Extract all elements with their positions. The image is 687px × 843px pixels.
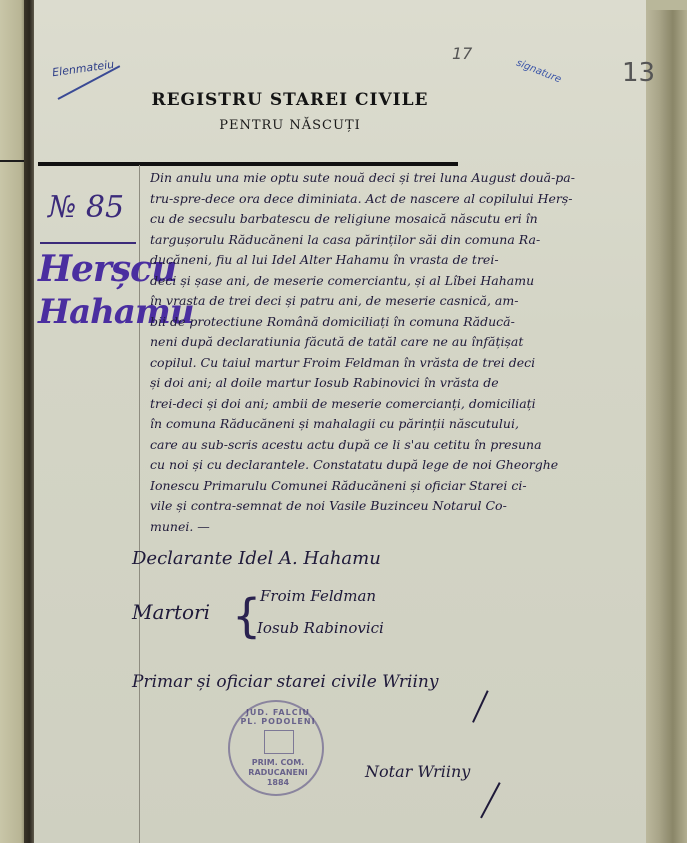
record-line: trei-deci și doi ani; ambii de meserie c… — [150, 394, 660, 415]
mayor-signature: Wriiny — [382, 672, 438, 692]
record-line: care au sub-scris acestu actu după ce li… — [150, 435, 660, 456]
record-line: în comuna Răducăneni și mahalagii cu păr… — [150, 414, 660, 435]
record-line: targușorulu Răducăneni la casa părințilo… — [150, 230, 660, 251]
record-line: ducăneni, fiu al lui Idel Alter Hahamu î… — [150, 250, 660, 271]
record-line: vile și contra-semnat de noi Vasile Buzi… — [150, 496, 660, 517]
record-line: neni după declaratiunia făcută de tatăl … — [150, 332, 660, 353]
register-subtitle: PENTRU NĂSCUȚI — [110, 118, 470, 133]
record-line: cu de secsulu barbatescu de religiune mo… — [150, 209, 660, 230]
header-rule — [38, 162, 458, 166]
record-line: deci și șase ani, de meserie comerciantu… — [150, 271, 660, 292]
record-line: bii de protectiune Română domiciliați în… — [150, 312, 660, 333]
record-line: în vrasta de trei deci și patru ani, de … — [150, 291, 660, 312]
birth-record-text: Din anulu una mie optu sute nouă deci și… — [150, 168, 660, 537]
stamp-year: 1884 — [267, 778, 289, 787]
page-number: 13 — [622, 58, 655, 88]
mayor-label: Primar și oficiar starei civile — [132, 672, 377, 692]
declarant-signature: Idel A. Hahamu — [238, 548, 381, 569]
entry-number-underline — [40, 242, 136, 244]
stamp-ring-text: JUD. FALCIU PL. PODOLENI — [238, 708, 318, 726]
record-line: și doi ani; al doile martur Iosub Rabino… — [150, 373, 660, 394]
entry-number: № 85 — [48, 190, 124, 225]
stamp-center-text: PRIM. COM. RADUCANENI 1884 — [238, 758, 318, 788]
register-title: REGISTRU STAREI CIVILE — [110, 90, 470, 110]
official-stamp: JUD. FALCIU PL. PODOLENI PRIM. COM. RADU… — [228, 700, 324, 796]
witnesses-label: Martori — [132, 600, 210, 624]
witness-2-signature: Iosub Rabinovici — [257, 619, 384, 637]
declarant-signature-line: Declarante Idel A. Hahamu — [132, 548, 381, 569]
notary-signature-line: Notar Wriiny — [365, 762, 470, 781]
record-line: munei. — — [150, 517, 660, 538]
record-line: tru-spre-dece ora dece diminiata. Act de… — [150, 189, 660, 210]
record-line: copilul. Cu taiul martur Froim Feldman î… — [150, 353, 660, 374]
notary-label: Notar — [365, 762, 412, 781]
record-line: Ionescu Primarulu Comunei Răducăneni și … — [150, 476, 660, 497]
witness-1-signature: Froim Feldman — [260, 587, 376, 605]
notary-signature: Wriiny — [417, 762, 470, 781]
stamp-municipality: PRIM. COM. RADUCANENI — [248, 758, 307, 777]
declarant-label: Declarante — [132, 548, 232, 569]
register-header: REGISTRU STAREI CIVILE PENTRU NĂSCUȚI — [110, 90, 470, 133]
coat-of-arms-icon — [264, 730, 294, 754]
top-middle-mark: 17 — [452, 44, 472, 63]
record-line: cu noi și cu declarantele. Constatatu du… — [150, 455, 660, 476]
mayor-signature-line: Primar și oficiar starei civile Wriiny — [132, 672, 438, 692]
record-line: Din anulu una mie optu sute nouă deci și… — [150, 168, 660, 189]
